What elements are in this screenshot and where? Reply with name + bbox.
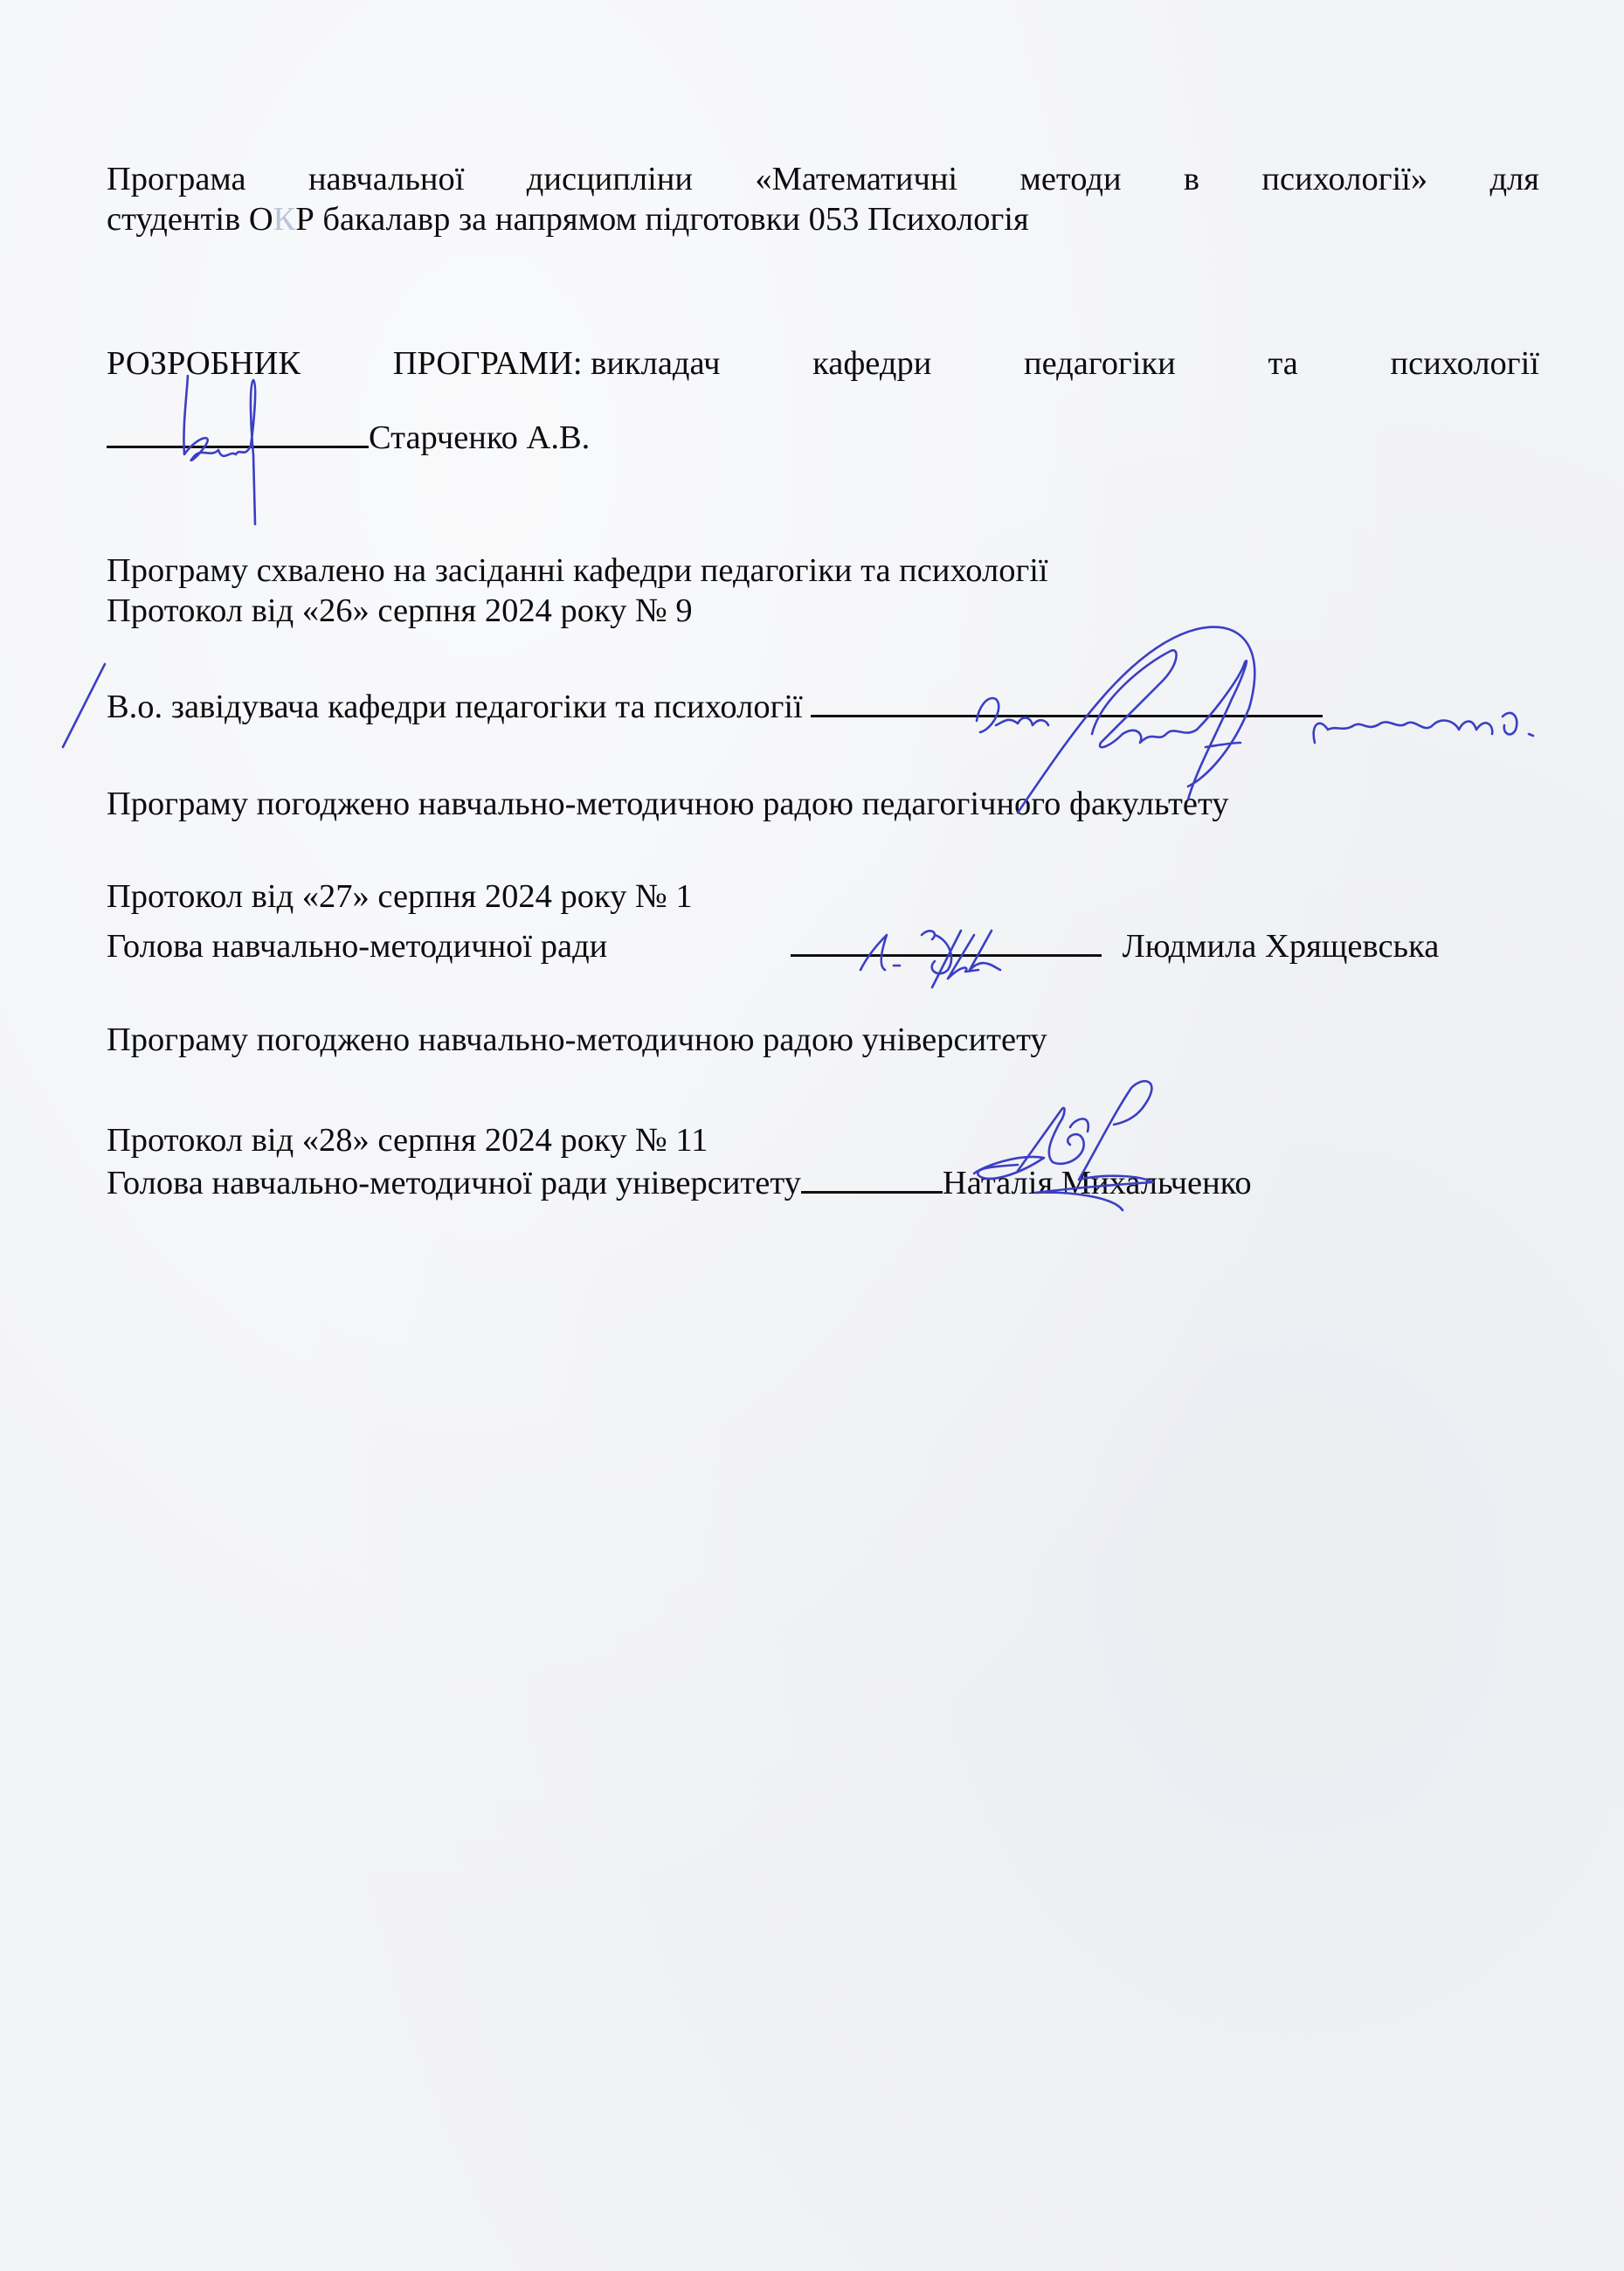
developer-signature-row: Старченко А.В. bbox=[107, 418, 590, 458]
department-protocol: Протокол від «26» серпня 2024 року № 9 bbox=[107, 591, 693, 631]
faculty-approval-text: Програму погоджено навчально-методичною … bbox=[107, 784, 1229, 824]
word: Програма bbox=[107, 159, 246, 199]
margin-mark-icon bbox=[52, 660, 114, 760]
title-line2-prefix: студентів О bbox=[107, 201, 273, 238]
word: «Математичні bbox=[755, 159, 957, 199]
faculty-protocol: Протокол від «27» серпня 2024 року № 1 bbox=[107, 876, 693, 917]
word: психології» bbox=[1261, 159, 1427, 199]
department-head-label: В.о. завідувача кафедри педагогіки та пс… bbox=[107, 689, 803, 725]
department-head-row: В.о. завідувача кафедри педагогіки та пс… bbox=[107, 687, 1323, 727]
word: в bbox=[1184, 159, 1199, 199]
word: навчальної bbox=[308, 159, 465, 199]
university-approval-text: Програму погоджено навчально-методичною … bbox=[107, 1020, 1047, 1060]
university-head-name: Наталія Михальченко bbox=[943, 1165, 1252, 1201]
department-approval-text: Програму схвалено на засіданні кафедри п… bbox=[107, 550, 1048, 591]
word: психології bbox=[1391, 343, 1539, 384]
faint-letter: К bbox=[273, 201, 296, 238]
faculty-signature-row: Людмила Хрящевська bbox=[791, 926, 1439, 966]
signature-line bbox=[107, 418, 369, 448]
word: дисципліни bbox=[527, 159, 693, 199]
university-head-label: Голова навчально-методичної ради універс… bbox=[107, 1165, 801, 1201]
faculty-head-name: Людмила Хрящевська bbox=[1123, 928, 1440, 965]
signature-line bbox=[811, 687, 1323, 717]
scanned-document-page: Програма навчальної дисципліни «Математи… bbox=[0, 0, 1624, 2271]
faculty-head-label: Голова навчально-методичної ради bbox=[107, 928, 607, 965]
program-title-line-1: Програма навчальної дисципліни «Математи… bbox=[107, 159, 1539, 199]
title-line2-suffix: Р бакалавр за напрямом підготовки 053 Пс… bbox=[295, 201, 1028, 238]
signature-line bbox=[791, 926, 1102, 957]
word: ПРОГРАМИ: викладач bbox=[393, 343, 721, 384]
developer-name: Старченко А.В. bbox=[369, 419, 590, 456]
word: кафедри bbox=[812, 343, 931, 384]
university-protocol: Протокол від «28» серпня 2024 року № 11 bbox=[107, 1120, 708, 1160]
word: РОЗРОБНИК bbox=[107, 343, 301, 384]
word: методи bbox=[1019, 159, 1121, 199]
faculty-head-row: Голова навчально-методичної ради bbox=[107, 926, 607, 966]
word: для bbox=[1489, 159, 1539, 199]
developer-line: РОЗРОБНИК ПРОГРАМИ: викладач кафедри пед… bbox=[107, 343, 1539, 384]
university-head-row: Голова навчально-методичної ради універс… bbox=[107, 1163, 1252, 1203]
program-title-line-2: студентів ОКР бакалавр за напрямом підго… bbox=[107, 199, 1029, 239]
signature-line bbox=[801, 1163, 943, 1194]
word: педагогіки bbox=[1024, 343, 1176, 384]
word: та bbox=[1268, 343, 1297, 384]
